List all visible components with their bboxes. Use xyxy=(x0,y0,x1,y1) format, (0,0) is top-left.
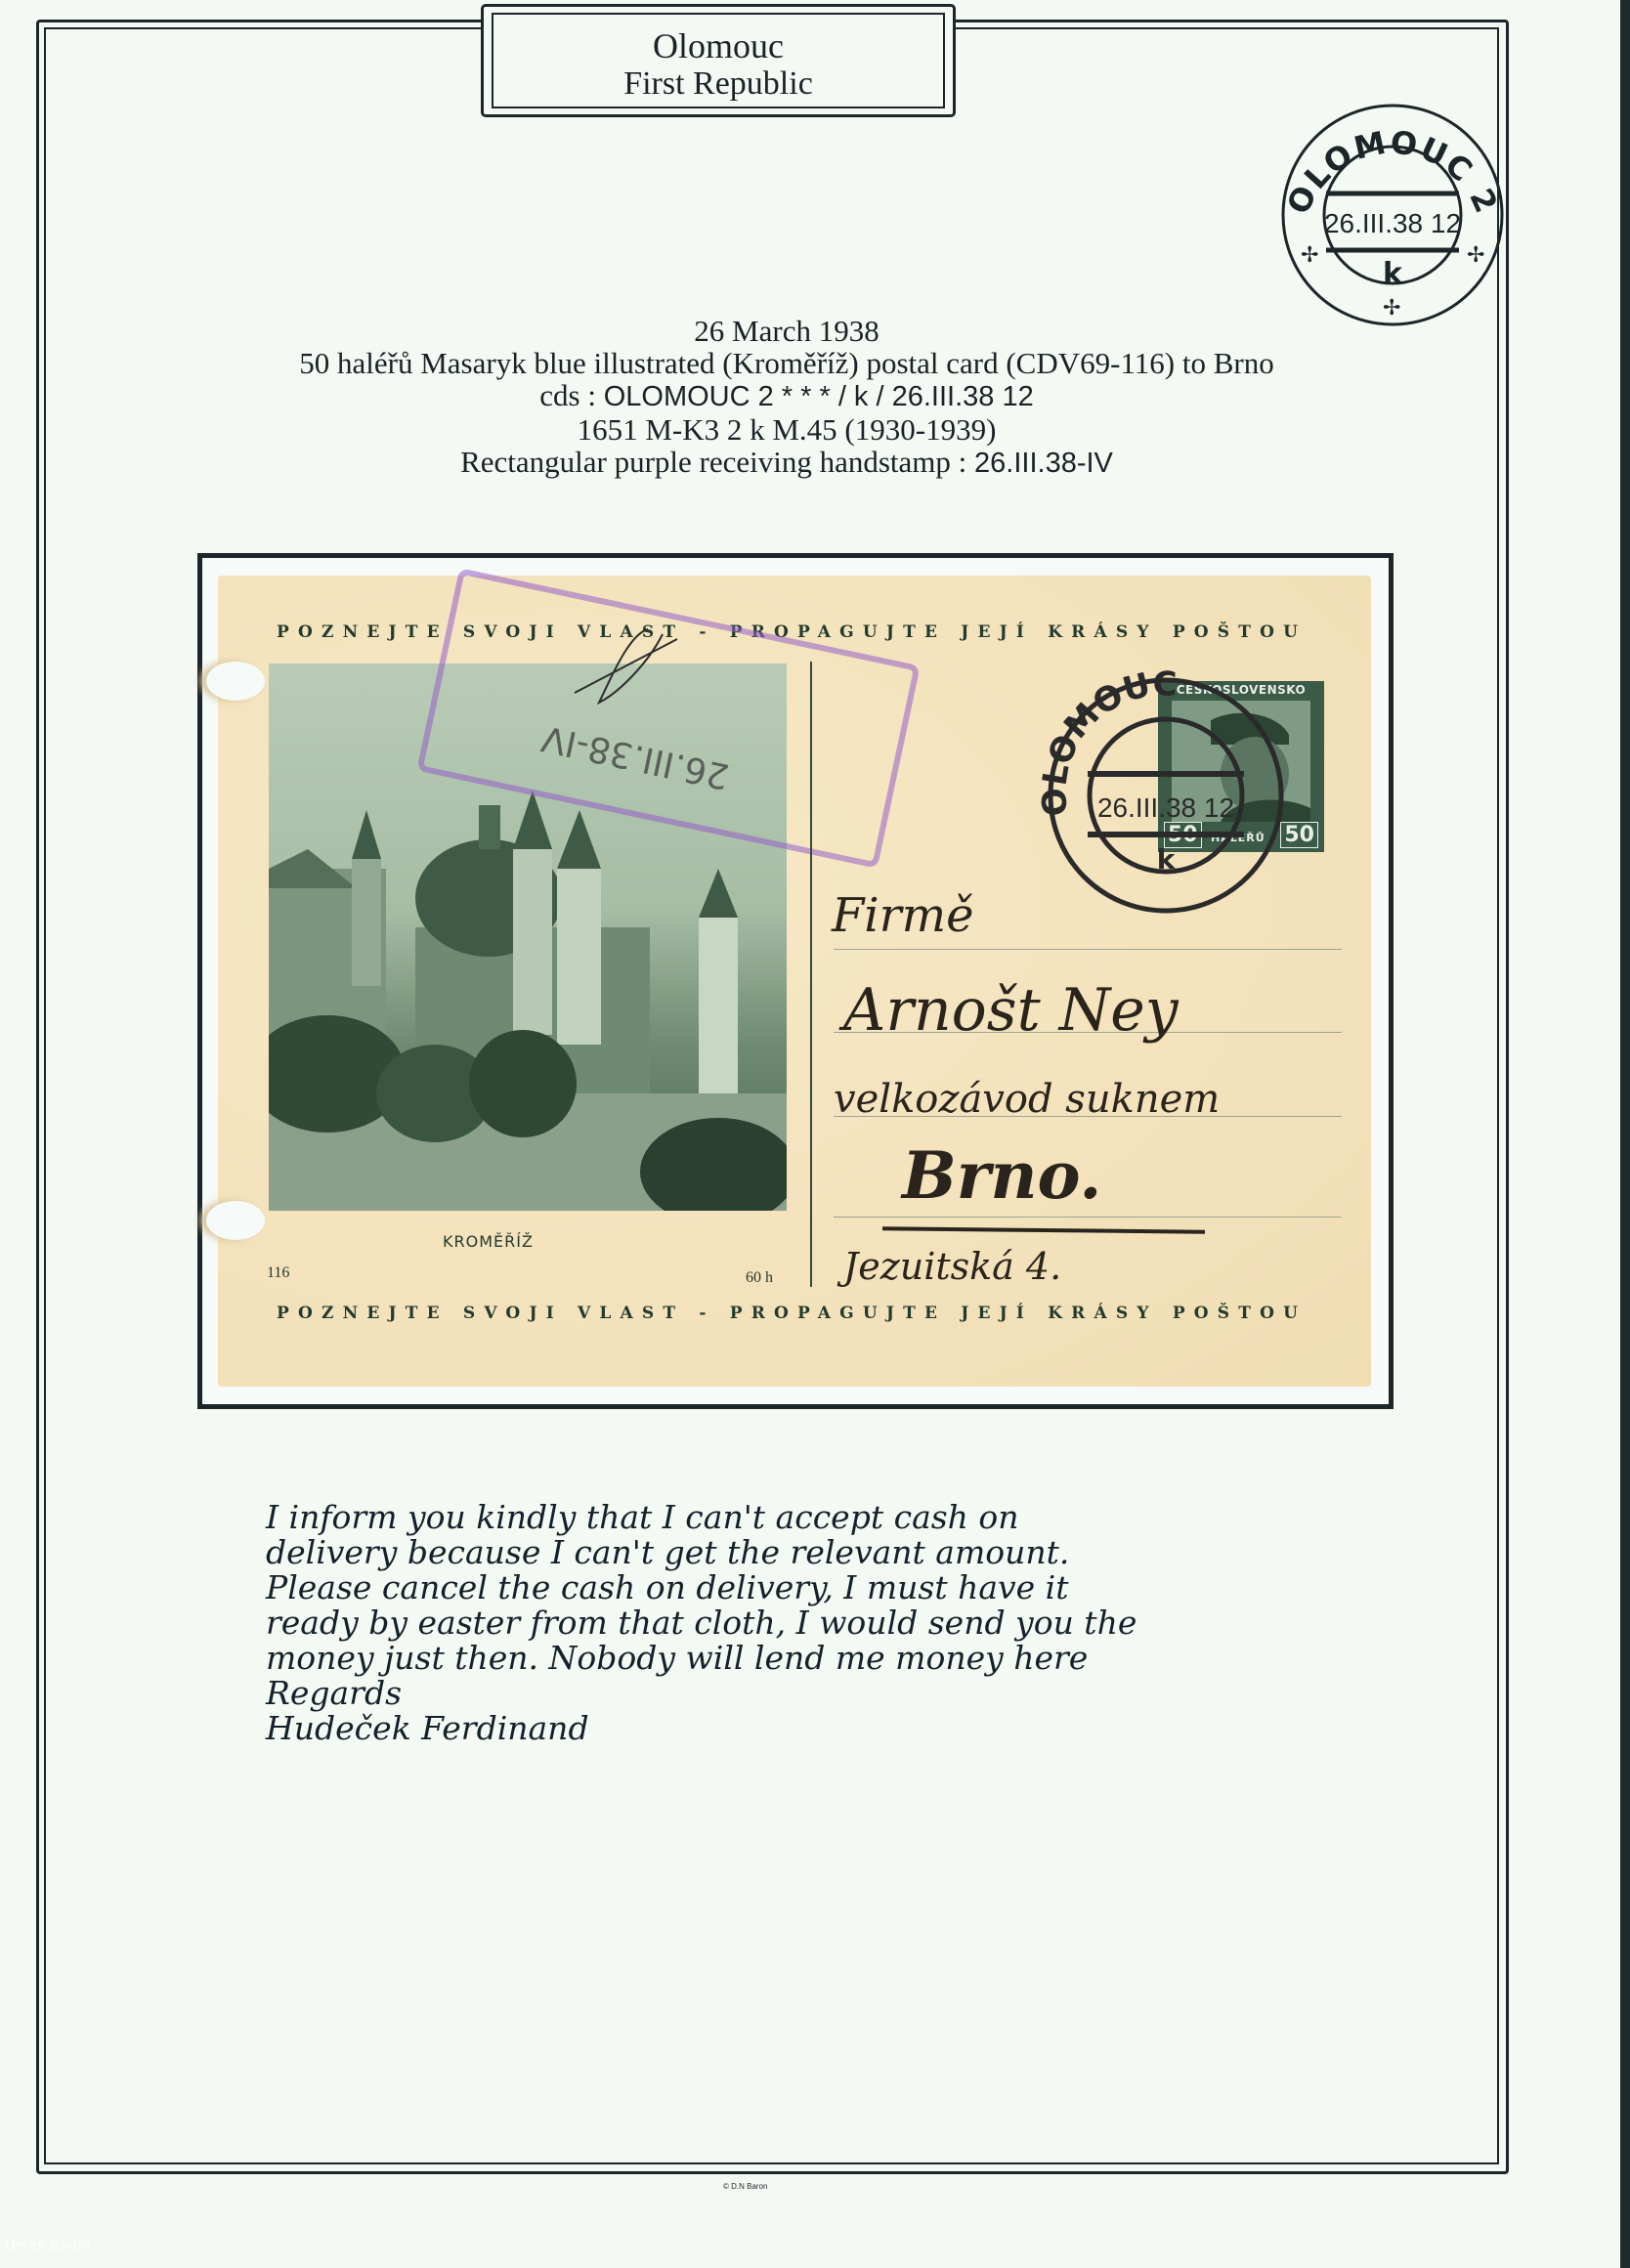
address-street: Jezuitská 4. xyxy=(843,1245,1061,1288)
card-slogan-top: POZNEJTE SVOJI VLAST - PROPAGUJTE JEJÍ K… xyxy=(277,622,1371,642)
postal-card: POZNEJTE SVOJI VLAST - PROPAGUJTE JEJÍ K… xyxy=(218,576,1371,1387)
item-description: 26 March 1938 50 haléřů Masaryk blue ill… xyxy=(59,315,1515,480)
translation-line: I inform you kindly that I can't accept … xyxy=(266,1500,1302,1535)
address-line-3: velkozávod suknem xyxy=(834,1077,1220,1122)
address-line-1: Firmě xyxy=(832,888,974,943)
replica-postmark-icon: OLOMOUC 2 26.III.38 12 k ✢ ✢ ✢ xyxy=(1275,98,1510,332)
description-cds: cds : OLOMOUC 2 * * * / k / 26.III.38 12 xyxy=(59,379,1515,413)
picture-caption: KROMĚŘÍŽ xyxy=(443,1232,534,1251)
translation-line: Please cancel the cash on delivery, I mu… xyxy=(266,1570,1302,1605)
hinge-tear xyxy=(206,1201,265,1240)
signature-icon xyxy=(570,624,687,712)
watermark: Derek Baron xyxy=(5,2238,90,2253)
translation-line: Regards xyxy=(266,1676,1302,1711)
description-item: 50 haléřů Masaryk blue illustrated (Krom… xyxy=(59,347,1515,379)
scan-edge xyxy=(1620,0,1630,2268)
translation-line: Hudeček Ferdinand xyxy=(266,1711,1302,1746)
description-reference: 1651 M-K3 2 k M.45 (1930-1939) xyxy=(59,413,1515,446)
page-subtitle: First Republic xyxy=(493,65,943,103)
translation-line: money just then. Nobody will lend me mon… xyxy=(266,1641,1302,1676)
svg-text:26.III.38 12: 26.III.38 12 xyxy=(1097,792,1234,823)
picture-number: 116 xyxy=(267,1264,289,1282)
description-receiving: Rectangular purple receiving handstamp :… xyxy=(59,446,1515,480)
card-slogan-bottom: POZNEJTE SVOJI VLAST - PROPAGUJTE JEJÍ K… xyxy=(277,1304,1371,1323)
svg-text:26.III.38 12: 26.III.38 12 xyxy=(1324,208,1461,238)
title-box: Olomouc First Republic xyxy=(481,4,956,117)
page-title: Olomouc xyxy=(493,26,943,65)
svg-text:k: k xyxy=(1383,257,1403,291)
picture-price: 60 h xyxy=(746,1269,773,1287)
city-underline xyxy=(882,1226,1205,1233)
svg-text:k: k xyxy=(1157,843,1177,876)
cds-cancel-icon: OLOMOUC 26.III.38 12 k xyxy=(1039,668,1293,922)
card-divider xyxy=(810,662,812,1287)
svg-text:✢: ✢ xyxy=(1467,242,1484,267)
hinge-tear xyxy=(206,662,265,701)
address-line-2: Arnošt Ney xyxy=(843,976,1179,1045)
copyright-notice: © D.N Baron xyxy=(723,2182,767,2191)
address-city: Brno. xyxy=(902,1137,1101,1214)
description-date: 26 March 1938 xyxy=(59,315,1515,347)
svg-text:✢: ✢ xyxy=(1301,242,1318,267)
translation-line: delivery because I can't get the relevan… xyxy=(266,1535,1302,1570)
postcard-mount: POZNEJTE SVOJI VLAST - PROPAGUJTE JEJÍ K… xyxy=(197,553,1394,1409)
message-translation: I inform you kindly that I can't accept … xyxy=(266,1500,1302,1746)
translation-line: ready by easter from that cloth, I would… xyxy=(266,1605,1302,1641)
